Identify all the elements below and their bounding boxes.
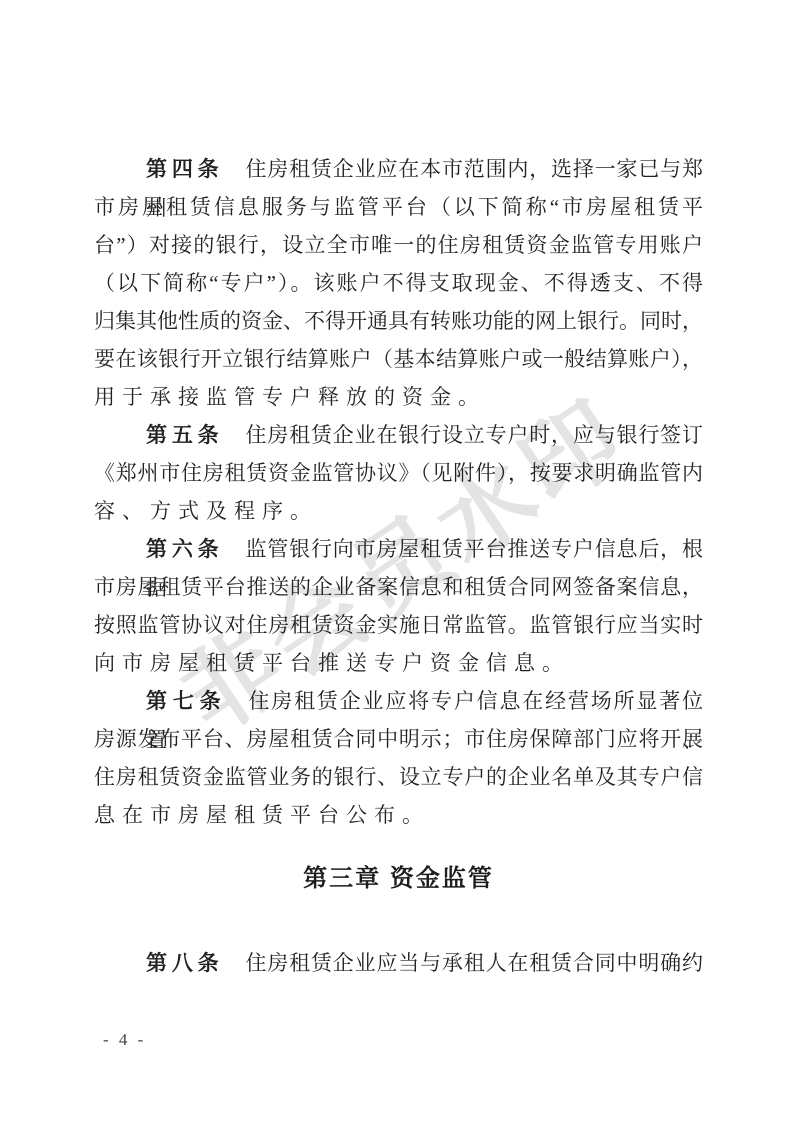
- paragraph-article-7: 第七条住房租赁企业应将专户信息在经营场所显著位置、 房源发布平台、房屋租赁合同中…: [94, 682, 703, 834]
- paragraph-line: 第五条住房租赁企业在银行设立专户时，应与银行签订: [94, 416, 703, 454]
- paragraph-line: 归集其他性质的资金、不得开通具有转账功能的网上银行。同时，: [94, 302, 703, 340]
- paragraph-line: 第四条住房租赁企业应在本市范围内，选择一家已与郑州: [94, 150, 703, 188]
- document-body: 第四条住房租赁企业应在本市范围内，选择一家已与郑州 市房屋租赁信息服务与监管平台…: [94, 150, 703, 982]
- article-label: 第四条: [146, 158, 223, 181]
- article-label: 第八条: [146, 952, 223, 975]
- paragraph-line: 住房租赁资金监管业务的银行、设立专户的企业名单及其专户信: [94, 758, 703, 796]
- paragraph-line: 息在市房屋租赁平台公布。: [94, 796, 703, 834]
- chapter-heading: 第三章 资金监管: [94, 860, 703, 898]
- paragraph-line: 《郑州市住房租赁资金监管协议》（见附件），按要求明确监管内: [94, 454, 703, 492]
- paragraph-article-6: 第六条监管银行向市房屋租赁平台推送专户信息后，根据 市房屋租赁平台推送的企业备案…: [94, 530, 703, 682]
- paragraph-line: 市房屋租赁平台推送的企业备案信息和租赁合同网签备案信息，: [94, 568, 703, 606]
- paragraph-line: 第八条住房租赁企业应当与承租人在租赁合同中明确约: [94, 944, 703, 982]
- paragraph-article-8: 第八条住房租赁企业应当与承租人在租赁合同中明确约: [94, 944, 703, 982]
- paragraph-line: 市房屋租赁信息服务与监管平台（以下简称“市房屋租赁平: [94, 188, 703, 226]
- paragraph-article-5: 第五条住房租赁企业在银行设立专户时，应与银行签订 《郑州市住房租赁资金监管协议》…: [94, 416, 703, 530]
- paragraph-line: 按照监管协议对住房租赁资金实施日常监管。监管银行应当实时: [94, 606, 703, 644]
- article-label: 第七条: [146, 690, 226, 713]
- article-label: 第六条: [146, 538, 223, 561]
- paragraph-line: 容、方式及程序。: [94, 492, 703, 530]
- document-page: 非会员水印 第四条住房租赁企业应在本市范围内，选择一家已与郑州 市房屋租赁信息服…: [0, 0, 794, 1123]
- paragraph-line: 向市房屋租赁平台推送专户资金信息。: [94, 644, 703, 682]
- paragraph-line: 要在该银行开立银行结算账户（基本结算账户或一般结算账户），: [94, 340, 703, 378]
- paragraph-article-4: 第四条住房租赁企业应在本市范围内，选择一家已与郑州 市房屋租赁信息服务与监管平台…: [94, 150, 703, 416]
- paragraph-line: 第六条监管银行向市房屋租赁平台推送专户信息后，根据: [94, 530, 703, 568]
- paragraph-line: （以下简称“专户”）。该账户不得支取现金、不得透支、不得: [94, 264, 703, 302]
- article-text: 住房租赁企业在银行设立专户时，应与银行签订: [245, 423, 703, 447]
- article-label: 第五条: [146, 424, 223, 447]
- paragraph-line: 用于承接监管专户释放的资金。: [94, 378, 703, 416]
- paragraph-line: 台”）对接的银行，设立全市唯一的住房租赁资金监管专用账户: [94, 226, 703, 264]
- article-text: 住房租赁企业应当与承租人在租赁合同中明确约: [245, 951, 703, 975]
- paragraph-line: 房源发布平台、房屋租赁合同中明示；市住房保障部门应将开展: [94, 720, 703, 758]
- page-number: - 4 -: [103, 1030, 146, 1050]
- paragraph-line: 第七条住房租赁企业应将专户信息在经营场所显著位置、: [94, 682, 703, 720]
